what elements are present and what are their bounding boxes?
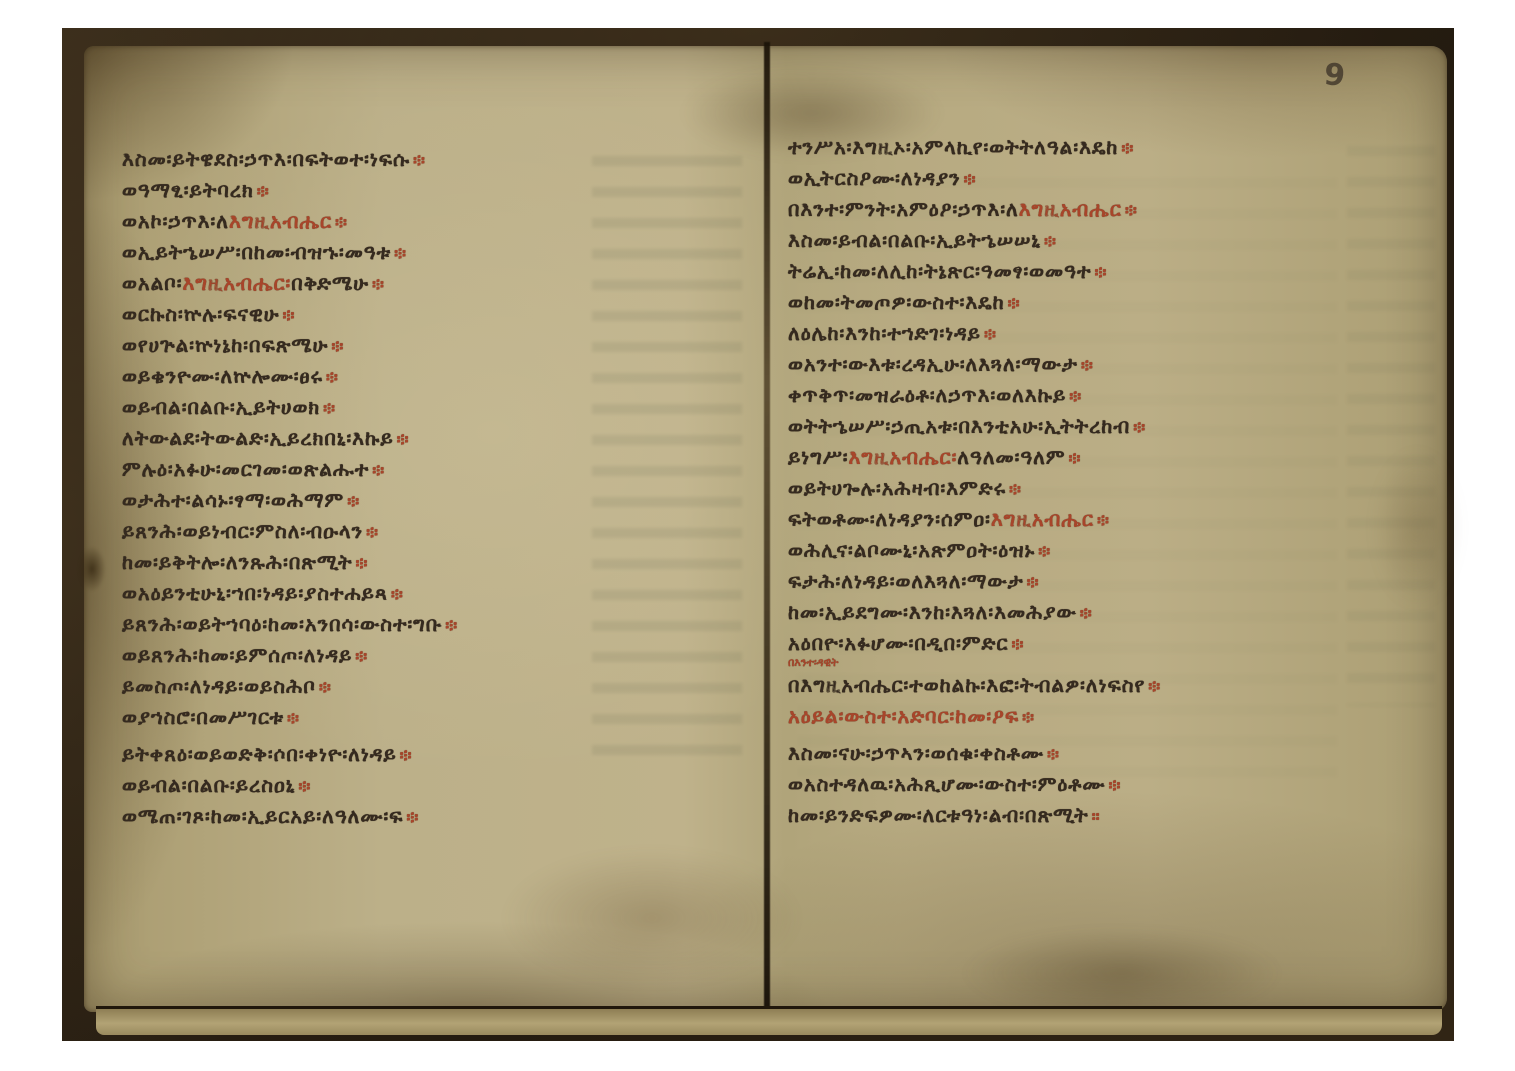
manuscript-line-left-3: ወአኮ፡ኃጥእ፡ለእግዚአብሔር፨ <box>122 206 662 237</box>
verse-divider-mark: ፨ <box>1044 745 1060 765</box>
geez-text: ለዓለመ፡ዓለም <box>957 445 1065 469</box>
manuscript-line-left-10: ለትውልደ፡ትውልድ፡ኢይረክበኒ፡እኩይ፨ <box>122 423 662 454</box>
geez-text: አዕበዮ፡አፉሆሙ፡በዲበ፡ምድር <box>788 631 1008 655</box>
rubric-text: እግዚአብሔር፡ <box>849 445 958 469</box>
verse-divider-mark: ፨ <box>391 244 407 264</box>
geez-text: ወአስተዳለዉ፡አሕጺሆሙ፡ውስተ፡ምዕቶሙ <box>788 772 1106 796</box>
manuscript-line-right-1: ተንሥአ፡እግዚኦ፡አምላኪየ፡ወትትለዓል፡እዴከ፨ <box>788 132 1398 163</box>
geez-text: ወይብል፡በልቡ፡ይረስዐኒ <box>122 773 295 797</box>
rubric-text: በእንተ፡ዳዊት <box>788 656 838 669</box>
geez-text: ወአኮ፡ኃጥእ፡ለ <box>122 209 229 233</box>
verse-divider-mark: ፨ <box>1078 356 1094 376</box>
verse-divider-mark: ፨ <box>981 325 997 345</box>
left-page-text-block: እስመ፡ይትዌደስ፡ኃጥእ፡በፍትወተ፡ነፍሱ፨ወዓማፂ፡ይትባረክ፨ወአኮ፡ኃ… <box>122 144 662 832</box>
geez-text: ይመስጦ፡ለነዳይ፡ወይስሕቦ <box>122 674 316 698</box>
manuscript-line-right-11: ይነግሥ፡እግዚአብሔር፡ለዓለመ፡ዓለም፨ <box>788 442 1398 473</box>
manuscript-line-right-21: እስመ፡ናሁ፡ኃጥኣን፡ወሰቁ፡ቀስቶሙ፨ <box>788 738 1398 769</box>
page-edges-bottom <box>96 1006 1442 1035</box>
verse-divider-mark: ፨ <box>332 213 348 233</box>
manuscript-line-right-5: ትሬኢ፡ከመ፡ለሊከ፡ትኔጽር፡ዓመፃ፡ወመዓተ፨ <box>788 256 1398 287</box>
geez-text: ይነግሥ፡ <box>788 445 849 469</box>
verse-divider-mark: ፨ <box>1005 294 1021 314</box>
verse-divider-mark: ፨ <box>320 399 336 419</box>
geez-text: ይትቀጸዕ፡ወይወድቅ፡ሶበ፡ቀነዮ፡ለነዳይ <box>122 742 397 766</box>
geez-text: ፍታሕ፡ለነዳይ፡ወለእጓለ፡ማውታ <box>788 569 1024 593</box>
verse-divider-mark: ፨ <box>1066 449 1082 469</box>
verse-divider-mark: ፨ <box>1041 232 1057 252</box>
manuscript-line-left-17: ወይጸንሕ፡ከመ፡ይምሰጦ፡ለነዳይ፨ <box>122 640 662 671</box>
verse-divider-mark: ፨ <box>316 678 332 698</box>
manuscript-line-left-22: ወሜጠ፡ገጾ፡ከመ፡ኢይርአይ፡ለዓለሙ፡ፍ፨ <box>122 801 662 832</box>
verse-divider-mark: ፨ <box>284 709 300 729</box>
manuscript-line-right-9: ቀጥቅጥ፡መዝራዕቶ፡ለኃጥእ፡ወለእኩይ፨ <box>788 380 1398 411</box>
manuscript-line-right-6: ወከመ፡ትመጦዎ፡ውስተ፡እዴከ፨ <box>788 287 1398 318</box>
geez-text: ወአዕይንቲሁኒ፡ኀበ፡ነዳይ፡ያስተሐይጻ <box>122 581 388 605</box>
book-gutter-crease <box>764 42 770 1016</box>
geez-text: ለትውልደ፡ትውልድ፡ኢይረክበኒ፡እኩይ <box>122 426 394 450</box>
geez-text: ተንሥአ፡እግዚኦ፡አምላኪየ፡ወትትለዓል፡እዴከ <box>788 135 1118 159</box>
manuscript-line-right-8: ወአንተ፡ውእቱ፡ረዳኢሁ፡ለእጓለ፡ማውታ፨ <box>788 349 1398 380</box>
verse-divider-mark: ፨ <box>254 182 270 202</box>
manuscript-line-left-2: ወዓማፂ፡ይትባረክ፨ <box>122 175 662 206</box>
manuscript-line-right-7: ለዕሌከ፡እንከ፡ተኀድገ፡ነዳይ፨ <box>788 318 1398 349</box>
geez-text: ወኢይትኄሠሥ፡በከመ፡ብዝኁ፡መዓቱ <box>122 240 391 264</box>
rubric-text: አዕይል፡ውስተ፡አድባር፡ከመ፡ዖፍ <box>788 704 1019 728</box>
geez-text: ወያኀስሮ፡በመሥገርቱ <box>122 705 284 729</box>
geez-text: ወትትኄሠሥ፡ኃጢአቱ፡በእንቲአሁ፡ኢትትረከብ <box>788 414 1130 438</box>
verse-divider-mark: ፨ <box>352 554 368 574</box>
verse-divider-mark: ፨ <box>323 368 339 388</box>
geez-text: ወየሀጕል፡ኵነኔከ፡በፍጽሜሁ <box>122 333 328 357</box>
manuscript-line-left-8: ወይቄንዮሙ፡ለኵሎሙ፡ፀሩ፨ <box>122 361 662 392</box>
geez-text: ወይብል፡በልቡ፡ኢይትሀወክ <box>122 395 320 419</box>
manuscript-line-right-23: ከመ፡ይንድፍዎሙ፡ለርቱዓነ፡ልብ፡በጽሚት። <box>788 800 1398 831</box>
verse-divider-mark: ፨ <box>410 151 426 171</box>
geez-text: ፍትወቶሙ፡ለነዳያን፡ሰምዐ፡ <box>788 507 991 531</box>
manuscript-line-right-17: አዕበዮ፡አፉሆሙ፡በዲበ፡ምድር፨ <box>788 628 1398 659</box>
verse-divider-mark: ፨ <box>1091 263 1107 283</box>
manuscript-line-left-7: ወየሀጕል፡ኵነኔከ፡በፍጽሜሁ፨ <box>122 330 662 361</box>
verse-divider-mark: ፨ <box>1006 480 1022 500</box>
right-page-text-block: ተንሥአ፡እግዚኦ፡አምላኪየ፡ወትትለዓል፡እዴከ፨ወኢትርስዖሙ፡ለነዳያን… <box>788 132 1398 831</box>
geez-text: ወአልቦ፡ <box>122 271 182 295</box>
verse-divider-mark: ፨ <box>363 523 379 543</box>
manuscript-photo: 9 እስመ፡ይትዌደስ፡ኃጥእ፡በፍትወተ፡ነፍሱ፨ወዓማፂ፡ይትባረክ፨ወአኮ… <box>62 28 1454 1041</box>
verse-divider-mark: ፨ <box>961 170 977 190</box>
manuscript-line-right-15: ፍታሕ፡ለነዳይ፡ወለእጓለ፡ማውታ፨ <box>788 566 1398 597</box>
verse-divider-mark: ፨ <box>1066 387 1082 407</box>
verse-divider-mark: ፨ <box>295 777 311 797</box>
verse-divider-mark: ፨ <box>1019 708 1035 728</box>
verse-divider-mark: ፨ <box>279 306 295 326</box>
verse-divider-mark: ፨ <box>1077 604 1093 624</box>
manuscript-line-left-14: ከመ፡ይቅትሎ፡ለንጹሕ፡በጽሚት፨ <box>122 547 662 578</box>
manuscript-line-left-16: ይጸንሕ፡ወይትኀባዕ፡ከመ፡አንበሳ፡ውስተ፡ግቡ፨ <box>122 609 662 640</box>
verse-divider-mark: ፨ <box>1145 677 1161 697</box>
geez-text: ከመ፡ኢይደግሙ፡እንከ፡እጓለ፡እመሕያው <box>788 600 1077 624</box>
manuscript-line-left-21: ወይብል፡በልቡ፡ይረስዐኒ፨ <box>122 770 662 801</box>
geez-text: ወአንተ፡ውእቱ፡ረዳኢሁ፡ለእጓለ፡ማውታ <box>788 352 1078 376</box>
geez-text: ምሉዕ፡አፉሁ፡መርገመ፡ወጽልሑተ <box>122 457 369 481</box>
manuscript-line-left-9: ወይብል፡በልቡ፡ኢይትሀወክ፨ <box>122 392 662 423</box>
verse-divider-mark: ፨ <box>1035 542 1051 562</box>
verse-divider-mark: ። <box>1089 807 1101 827</box>
verse-divider-mark: ፨ <box>1106 776 1122 796</box>
geez-text: በቅድሜሁ <box>291 271 369 295</box>
manuscript-line-left-15: ወአዕይንቲሁኒ፡ኀበ፡ነዳይ፡ያስተሐይጻ፨ <box>122 578 662 609</box>
manuscript-line-right-16: ከመ፡ኢይደግሙ፡እንከ፡እጓለ፡እመሕያው፨ <box>788 597 1398 628</box>
verse-divider-mark: ፨ <box>1122 201 1138 221</box>
rubric-text: እግዚአብሔር <box>991 507 1094 531</box>
geez-text: እስመ፡ይትዌደስ፡ኃጥእ፡በፍትወተ፡ነፍሱ <box>122 147 410 171</box>
geez-text: ይጸንሕ፡ወይትኀባዕ፡ከመ፡አንበሳ፡ውስተ፡ግቡ <box>122 612 442 636</box>
geez-text: ወርኩስ፡ኵሉ፡ፍናዊሁ <box>122 302 279 326</box>
folio-number: 9 <box>1322 57 1346 94</box>
geez-text: በእንተ፡ምንት፡አምዕዖ፡ኃጥእ፡ለ <box>788 197 1019 221</box>
geez-text: ወይጸንሕ፡ከመ፡ይምሰጦ፡ለነዳይ <box>122 643 352 667</box>
manuscript-line-right-22: ወአስተዳለዉ፡አሕጺሆሙ፡ውስተ፡ምዕቶሙ፨ <box>788 769 1398 800</box>
verse-divider-mark: ፨ <box>394 430 410 450</box>
verse-divider-mark: ፨ <box>1024 573 1040 593</box>
manuscript-line-right-14: ወሕሊና፡ልቦሙኒ፡አጽምዐት፡ዕዝኑ፨ <box>788 535 1398 566</box>
rubric-text: እግዚአብሔር፡ <box>182 271 291 295</box>
geez-text: ትሬኢ፡ከመ፡ለሊከ፡ትኔጽር፡ዓመፃ፡ወመዓተ <box>788 259 1091 283</box>
geez-text: እስመ፡ናሁ፡ኃጥኣን፡ወሰቁ፡ቀስቶሙ <box>788 741 1044 765</box>
verse-divider-mark: ፨ <box>344 492 360 512</box>
manuscript-line-left-4: ወኢይትኄሠሥ፡በከመ፡ብዝኁ፡መዓቱ፨ <box>122 237 662 268</box>
rubric-text: እግዚአብሔር <box>1019 197 1122 221</box>
verse-divider-mark: ፨ <box>1130 418 1146 438</box>
manuscript-line-right-2: ወኢትርስዖሙ፡ለነዳያን፨ <box>788 163 1398 194</box>
manuscript-line-left-18: ይመስጦ፡ለነዳይ፡ወይስሕቦ፨ <box>122 671 662 702</box>
verse-divider-mark: ፨ <box>328 337 344 357</box>
manuscript-line-left-5: ወአልቦ፡እግዚአብሔር፡በቅድሜሁ፨ <box>122 268 662 299</box>
verse-divider-mark: ፨ <box>403 808 419 828</box>
geez-text: ወይትሀጐሉ፡አሕዛብ፡እምድሩ <box>788 476 1006 500</box>
geez-text: በእግዚአብሔር፡ተወከልኩ፡እፎ፡ትብልዎ፡ለነፍስየ <box>788 673 1145 697</box>
geez-text: ይጸንሕ፡ወይነብር፡ምስለ፡ብዑላን <box>122 519 363 543</box>
manuscript-line-right-12: ወይትሀጐሉ፡አሕዛብ፡እምድሩ፨ <box>788 473 1398 504</box>
manuscript-line-right-19: በእግዚአብሔር፡ተወከልኩ፡እፎ፡ትብልዎ፡ለነፍስየ፨ <box>788 670 1398 701</box>
geez-text: ወኢትርስዖሙ፡ለነዳያን <box>788 166 961 190</box>
verse-divider-mark: ፨ <box>397 746 413 766</box>
geez-text: ወዓማፂ፡ይትባረክ <box>122 178 254 202</box>
manuscript-line-right-13: ፍትወቶሙ፡ለነዳያን፡ሰምዐ፡እግዚአብሔር፨ <box>788 504 1398 535</box>
manuscript-line-left-20: ይትቀጸዕ፡ወይወድቅ፡ሶበ፡ቀነዮ፡ለነዳይ፨ <box>122 739 662 770</box>
verse-divider-mark: ፨ <box>1118 139 1134 159</box>
geez-text: ከመ፡ይቅትሎ፡ለንጹሕ፡በጽሚት <box>122 550 352 574</box>
manuscript-line-left-11: ምሉዕ፡አፉሁ፡መርገመ፡ወጽልሑተ፨ <box>122 454 662 485</box>
geez-text: እስመ፡ይብል፡በልቡ፡ኢይትኄሠሠኒ <box>788 228 1041 252</box>
geez-text: ወሕሊና፡ልቦሙኒ፡አጽምዐት፡ዕዝኑ <box>788 538 1035 562</box>
manuscript-line-left-12: ወታሕተ፡ልሳኑ፡ፃማ፡ወሕማም፨ <box>122 485 662 516</box>
geez-text: ለዕሌከ፡እንከ፡ተኀድገ፡ነዳይ <box>788 321 981 345</box>
manuscript-line-left-19: ወያኀስሮ፡በመሥገርቱ፨ <box>122 702 662 733</box>
verse-divider-mark: ፨ <box>369 275 385 295</box>
verse-divider-mark: ፨ <box>1008 635 1024 655</box>
geez-text: ወከመ፡ትመጦዎ፡ውስተ፡እዴከ <box>788 290 1005 314</box>
verse-divider-mark: ፨ <box>352 647 368 667</box>
manuscript-line-right-4: እስመ፡ይብል፡በልቡ፡ኢይትኄሠሠኒ፨ <box>788 225 1398 256</box>
verse-divider-mark: ፨ <box>369 461 385 481</box>
manuscript-line-left-6: ወርኩስ፡ኵሉ፡ፍናዊሁ፨ <box>122 299 662 330</box>
geez-text: ወታሕተ፡ልሳኑ፡ፃማ፡ወሕማም <box>122 488 344 512</box>
verse-divider-mark: ፨ <box>442 616 458 636</box>
geez-text: ከመ፡ይንድፍዎሙ፡ለርቱዓነ፡ልብ፡በጽሚት <box>788 803 1089 827</box>
geez-text: ቀጥቅጥ፡መዝራዕቶ፡ለኃጥእ፡ወለእኩይ <box>788 383 1066 407</box>
manuscript-line-left-13: ይጸንሕ፡ወይነብር፡ምስለ፡ብዑላን፨ <box>122 516 662 547</box>
manuscript-line-right-20: አዕይል፡ውስተ፡አድባር፡ከመ፡ዖፍ፨ <box>788 701 1398 732</box>
manuscript-line-right-3: በእንተ፡ምንት፡አምዕዖ፡ኃጥእ፡ለእግዚአብሔር፨ <box>788 194 1398 225</box>
manuscript-line-left-1: እስመ፡ይትዌደስ፡ኃጥእ፡በፍትወተ፡ነፍሱ፨ <box>122 144 662 175</box>
verse-divider-mark: ፨ <box>1094 511 1110 531</box>
verse-divider-mark: ፨ <box>388 585 404 605</box>
geez-text: ወሜጠ፡ገጾ፡ከመ፡ኢይርአይ፡ለዓለሙ፡ፍ <box>122 804 403 828</box>
rubric-text: እግዚአብሔር <box>229 209 332 233</box>
geez-text: ወይቄንዮሙ፡ለኵሎሙ፡ፀሩ <box>122 364 323 388</box>
manuscript-line-right-10: ወትትኄሠሥ፡ኃጢአቱ፡በእንቲአሁ፡ኢትትረከብ፨ <box>788 411 1398 442</box>
